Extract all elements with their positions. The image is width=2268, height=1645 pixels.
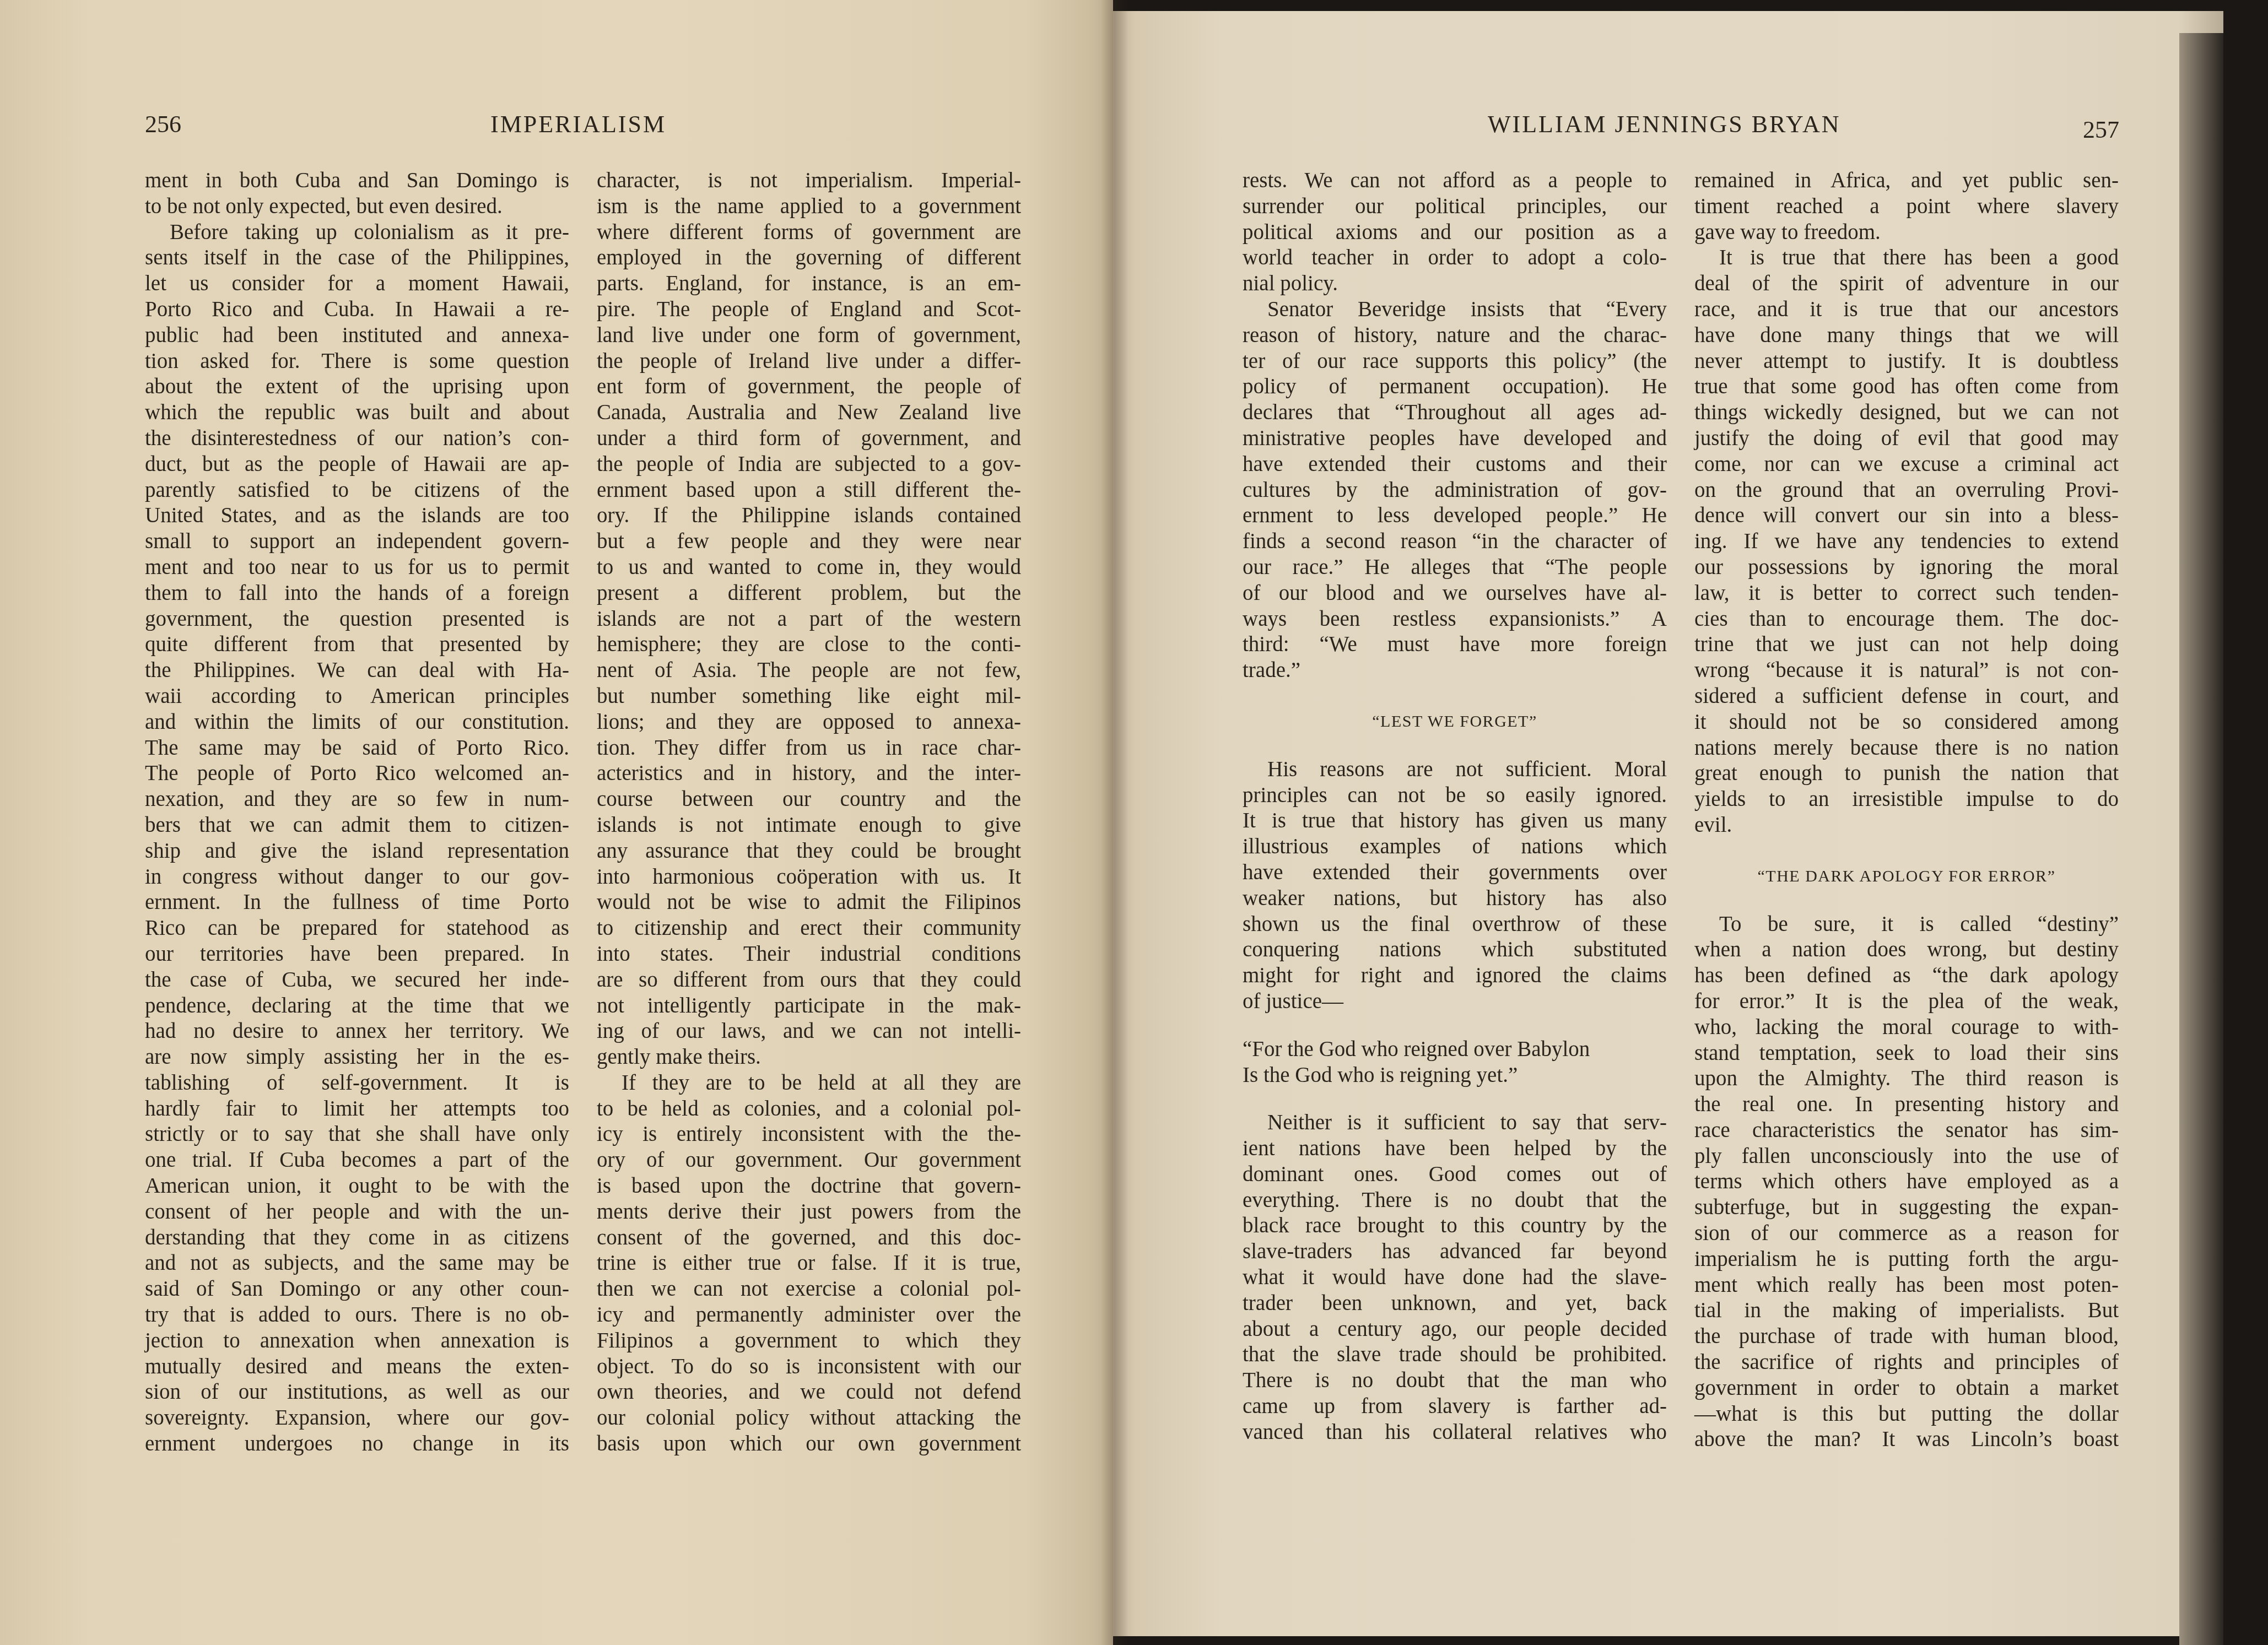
text-line: that the slave trade should be prohibite… — [1243, 1342, 1667, 1368]
text-line: policy of permanent occupation). He — [1243, 374, 1667, 400]
text-line: present a different problem, but the — [597, 581, 1021, 607]
text-line: true that some good has often come from — [1694, 374, 2119, 400]
text-line: Porto Rico and Cuba. In Hawaii a re- — [145, 297, 569, 323]
text-line: United States, and as the islands are to… — [145, 503, 569, 529]
text-line: world teacher in order to adopt a colo- — [1243, 245, 1667, 271]
text-line: our territories have been prepared. In — [145, 941, 569, 967]
text-line: for error.” It is the plea of the weak, — [1694, 989, 2119, 1015]
text-line: deal of the spirit of adventure in our — [1694, 271, 2119, 297]
text-line: into states. Their industrial conditions — [597, 941, 1021, 967]
text-line: government, the question presented is — [145, 607, 569, 632]
text-line: strictly or to say that she shall have o… — [145, 1122, 569, 1148]
text-line: when a nation does wrong, but destiny — [1694, 937, 2119, 963]
text-line: rests. We can not afford as a people to — [1243, 168, 1667, 194]
text-line: The people of Porto Rico welcomed an- — [145, 761, 569, 787]
text-line: dence will convert our sin into a bless- — [1694, 503, 2119, 529]
text-line: Rico can be prepared for statehood as — [145, 916, 569, 941]
text-line: is based upon the doctrine that govern- — [597, 1173, 1021, 1199]
text-line: our possessions by ignoring the moral — [1694, 555, 2119, 581]
text-line: would not be wise to admit the Filipinos — [597, 890, 1021, 916]
text-line: evil. — [1694, 813, 2119, 838]
text-line: Neither is it sufficient to say that ser… — [1243, 1110, 1667, 1136]
text-line: the disinterestedness of our nation’s co… — [145, 426, 569, 452]
text-line: acteristics and in history, and the inte… — [597, 761, 1021, 787]
text-line: trader been unknown, and yet, back — [1243, 1291, 1667, 1317]
text-line: terms which others have employed as a — [1694, 1169, 2119, 1195]
verse-line: Is the God who is reigning yet.” — [1243, 1063, 1667, 1089]
text-line: have extended their customs and their — [1243, 452, 1667, 478]
text-line: any assurance that they could be brought — [597, 838, 1021, 864]
text-line: slave-traders has advanced far beyond — [1243, 1239, 1667, 1265]
text-line: Before taking up colonialism as it pre- — [145, 220, 569, 246]
text-line: have done many things that we will — [1694, 323, 2119, 349]
text-line: political axioms and our position as a — [1243, 220, 1667, 246]
text-line: black race brought to this country by th… — [1243, 1213, 1667, 1239]
text-line: came up from slavery is farther ad- — [1243, 1394, 1667, 1420]
text-line: ministrative peoples have developed and — [1243, 426, 1667, 452]
text-line: tial in the making of imperialists. But — [1694, 1298, 2119, 1324]
text-line: the sacrifice of rights and principles o… — [1694, 1350, 2119, 1376]
text-line: parts. England, for instance, is an em- — [597, 271, 1021, 297]
text-line: ory of our government. Our government — [597, 1148, 1021, 1173]
text-line: government in order to obtain a market — [1694, 1376, 2119, 1402]
text-line: it should not be so considered among — [1694, 710, 2119, 735]
text-line: vanced than his collateral relatives who — [1243, 1420, 1667, 1446]
text-line: shown us the final overthrow of these — [1243, 912, 1667, 938]
text-line: cultures by the administration of gov- — [1243, 478, 1667, 504]
text-line: principles can not be so easily ignored. — [1243, 783, 1667, 809]
text-line: bers that we can admit them to citizen- — [145, 813, 569, 838]
text-line: reason of history, nature and the charac… — [1243, 323, 1667, 349]
text-line: quite different from that presented by — [145, 632, 569, 658]
text-line: try that is added to ours. There is no o… — [145, 1302, 569, 1328]
text-line: declares that “Throughout all ages ad- — [1243, 400, 1667, 426]
text-line: are so different from ours that they cou… — [597, 967, 1021, 993]
text-line: and not as subjects, and the same may be — [145, 1251, 569, 1276]
text-line: law, it is better to correct such tenden… — [1694, 581, 2119, 607]
text-line: timent reached a point where slavery — [1694, 194, 2119, 220]
text-line: sion of our commerce as a reason for — [1694, 1221, 2119, 1247]
text-line: our colonial policy without attacking th… — [597, 1405, 1021, 1431]
book-gutter — [1101, 0, 1128, 1645]
text-line: conquering nations which substituted — [1243, 937, 1667, 963]
text-line: ment and too near to us for us to permit — [145, 555, 569, 581]
text-line: islands is not intimate enough to give — [597, 813, 1021, 838]
text-line: to be not only expected, but even desire… — [145, 194, 569, 220]
text-line: imperialism he is putting forth the argu… — [1694, 1247, 2119, 1273]
verse-quote: “For the God who reigned over Babylon Is… — [1243, 1037, 1667, 1089]
text-line: who, lacking the moral courage to with- — [1694, 1015, 2119, 1041]
text-line: said of San Domingo or any other coun- — [145, 1276, 569, 1302]
text-line: ship and give the island representation — [145, 838, 569, 864]
page-stack-edge — [2179, 33, 2223, 1645]
text-line: illustrious examples of nations which — [1243, 834, 1667, 860]
right-page-column-2: remained in Africa, and yet public sen-t… — [1694, 168, 2119, 1453]
text-line: tablishing of self-government. It is — [145, 1070, 569, 1096]
text-line: gently make theirs. — [597, 1045, 1021, 1070]
text-line: There is no doubt that the man who — [1243, 1368, 1667, 1394]
text-line: race, and it is true that our ancestors — [1694, 297, 2119, 323]
text-line: what it would have done had the slave- — [1243, 1265, 1667, 1291]
text-line: small to support an independent govern- — [145, 529, 569, 555]
text-line: subterfuge, but in suggesting the expan- — [1694, 1195, 2119, 1221]
text-line: remained in Africa, and yet public sen- — [1694, 168, 2119, 194]
text-line: basis upon which our own government — [597, 1431, 1021, 1457]
left-page-column-1: ment in both Cuba and San Domingo isto b… — [145, 168, 569, 1457]
text-line: into harmonious coöperation with us. It — [597, 864, 1021, 890]
text-line: duct, but as the people of Hawaii are ap… — [145, 452, 569, 478]
text-line: upon the Almighty. The third reason is — [1694, 1066, 2119, 1092]
left-page-column-2: character, is not imperialism. Imperial-… — [597, 168, 1021, 1457]
text-line: consent of the governed, and this doc- — [597, 1225, 1021, 1251]
text-line: ing. If we have any tendencies to extend — [1694, 529, 2119, 555]
text-line: The same may be said of Porto Rico. — [145, 735, 569, 761]
text-line: lions; and they are opposed to annexa- — [597, 710, 1021, 735]
text-line: ment in both Cuba and San Domingo is — [145, 168, 569, 194]
text-line: icy is entirely inconsistent with the th… — [597, 1122, 1021, 1148]
text-line: one trial. If Cuba becomes a part of the — [145, 1148, 569, 1173]
text-line: under a third form of government, and — [597, 426, 1021, 452]
section-heading-dark-apology: “THE DARK APOLOGY FOR ERROR” — [1694, 864, 2119, 890]
text-line: land live under one form of government, — [597, 323, 1021, 349]
verse-line: “For the God who reigned over Babylon — [1243, 1037, 1667, 1063]
text-line: of justice— — [1243, 989, 1667, 1015]
text-line: everything. There is no doubt that the — [1243, 1188, 1667, 1214]
text-line: the Philippines. We can deal with Ha- — [145, 658, 569, 684]
right-page: WILLIAM JENNINGS BRYAN 257 rests. We can… — [1113, 11, 2223, 1636]
text-line: object. To do so is inconsistent with ou… — [597, 1354, 1021, 1380]
text-line: justify the doing of evil that good may — [1694, 426, 2119, 452]
text-line: nial policy. — [1243, 271, 1667, 297]
text-line: come, nor can we excuse a criminal act — [1694, 452, 2119, 478]
text-line: in congress without danger to our gov- — [145, 864, 569, 890]
text-line: own theories, and we could not defend — [597, 1379, 1021, 1405]
text-line: Senator Beveridge insists that “Every — [1243, 297, 1667, 323]
text-line: mutually desired and means the exten- — [145, 1354, 569, 1380]
text-line: American union, it ought to be with the — [145, 1173, 569, 1199]
text-line: ient nations have been helped by the — [1243, 1136, 1667, 1162]
text-line: trade.” — [1243, 658, 1667, 684]
text-line: and within the limits of our constitutio… — [145, 710, 569, 735]
text-line: our race.” He alleges that “The people — [1243, 555, 1667, 581]
text-line: trine is either true or false. If it is … — [597, 1251, 1021, 1276]
text-line: but number something like eight mil- — [597, 684, 1021, 710]
text-line: ply fallen unconsciously into the use of — [1694, 1144, 2119, 1170]
text-line: pire. The people of England and Scot- — [597, 297, 1021, 323]
text-line: about the extent of the uprising upon — [145, 374, 569, 400]
text-line: ments derive their just powers from the — [597, 1199, 1021, 1225]
text-line: If they are to be held at all they are — [597, 1070, 1021, 1096]
text-line: finds a second reason “in the character … — [1243, 529, 1667, 555]
text-line: which the republic was built and about — [145, 400, 569, 426]
text-line: trine that we just can not help doing — [1694, 632, 2119, 658]
text-line: ter of our race supports this policy” (t… — [1243, 349, 1667, 375]
text-line: course between our country and the — [597, 787, 1021, 813]
text-line: ernment. In the fullness of time Porto — [145, 890, 569, 916]
text-line: surrender our political principles, our — [1243, 194, 1667, 220]
text-line: might for right and ignored the claims — [1243, 963, 1667, 989]
text-line: weaker nations, but history has also — [1243, 886, 1667, 912]
text-line: race characteristics the senator has sim… — [1694, 1118, 2119, 1144]
text-line: sidered a sufficient defense in court, a… — [1694, 684, 2119, 710]
text-line: His reasons are not sufficient. Moral — [1243, 757, 1667, 783]
text-line: ism is the name applied to a government — [597, 194, 1021, 220]
text-line: to citizenship and erect their community — [597, 916, 1021, 941]
text-line: nent of Asia. The people are not few, — [597, 658, 1021, 684]
text-line: dominant ones. Good comes out of — [1243, 1162, 1667, 1188]
text-line: sents itself in the case of the Philippi… — [145, 245, 569, 271]
text-line: sion of our institutions, as well as our — [145, 1379, 569, 1405]
text-line: Canada, Australia and New Zealand live — [597, 400, 1021, 426]
text-line: islands are not a part of the western — [597, 607, 1021, 632]
text-line: pendence, declaring at the time that we — [145, 993, 569, 1019]
book-cover-edge — [1113, 0, 2268, 12]
text-line: waii according to American principles — [145, 684, 569, 710]
text-line: ways been restless expansionists.” A — [1243, 607, 1667, 632]
text-line: let us consider for a moment Hawaii, — [145, 271, 569, 297]
text-line: consent of her people and with the un- — [145, 1199, 569, 1225]
text-line: ernment based upon a still different the… — [597, 478, 1021, 504]
right-page-column-1: rests. We can not afford as a people tos… — [1243, 168, 1667, 1446]
text-line: the real one. In presenting history and — [1694, 1092, 2119, 1118]
text-line: wrong “because it is natural” is not con… — [1694, 658, 2119, 684]
text-line: on the ground that an overruling Provi- — [1694, 478, 2119, 504]
text-line: about a century ago, our people decided — [1243, 1317, 1667, 1343]
text-line: nexation, and they are so few in num- — [145, 787, 569, 813]
text-line: have extended their governments over — [1243, 860, 1667, 886]
text-line: where different forms of government are — [597, 220, 1021, 246]
text-line: To be sure, it is called “destiny” — [1694, 912, 2119, 938]
text-line: never attempt to justify. It is doubtles… — [1694, 349, 2119, 375]
left-page: 256 IMPERIALISM ment in both Cuba and Sa… — [0, 0, 1113, 1645]
text-line: character, is not imperialism. Imperial- — [597, 168, 1021, 194]
text-line: things wickedly designed, but we can not — [1694, 400, 2119, 426]
text-line: ory. If the Philippine islands contained — [597, 503, 1021, 529]
text-line: hemisphere; they are close to the conti- — [597, 632, 1021, 658]
text-line: cies than to encourage them. The doc- — [1694, 607, 2119, 632]
running-head-right: WILLIAM JENNINGS BRYAN — [1488, 110, 1840, 138]
text-line: the case of Cuba, we secured her inde- — [145, 967, 569, 993]
text-line: not intelligently participate in the mak… — [597, 993, 1021, 1019]
text-line: derstanding that they come in as citizen… — [145, 1225, 569, 1251]
text-line: then we can not exercise a colonial pol- — [597, 1276, 1021, 1302]
text-line: employed in the governing of different — [597, 245, 1021, 271]
text-line: ment which really has been most poten- — [1694, 1273, 2119, 1298]
text-line: yields to an irresistible impulse to do — [1694, 787, 2119, 813]
text-line: tion. They differ from us in race char- — [597, 735, 1021, 761]
text-line: icy and permanently administer over the — [597, 1302, 1021, 1328]
text-line: above the man? It was Lincoln’s boast — [1694, 1427, 2119, 1453]
text-line: the people of Ireland live under a diffe… — [597, 349, 1021, 375]
page-number-right: 257 — [2083, 116, 2119, 144]
text-line: ernment to less developed people.” He — [1243, 503, 1667, 529]
text-line: It is true that there has been a good — [1694, 245, 2119, 271]
text-line: It is true that history has given us man… — [1243, 808, 1667, 834]
text-line: are now simply assisting her in the es- — [145, 1045, 569, 1070]
text-line: Filipinos a government to which they — [597, 1328, 1021, 1354]
text-line: great enough to punish the nation that — [1694, 761, 2119, 787]
text-line: gave way to freedom. — [1694, 220, 2119, 246]
text-line: tion asked for. There is some question — [145, 349, 569, 375]
text-line: —what is this but putting the dollar — [1694, 1402, 2119, 1427]
text-line: them to fall into the hands of a foreign — [145, 581, 569, 607]
text-line: but a few people and they were near — [597, 529, 1021, 555]
text-line: stand temptation, seek to load their sin… — [1694, 1041, 2119, 1067]
text-line: has been defined as “the dark apology — [1694, 963, 2119, 989]
section-heading-lest-we-forget: “LEST WE FORGET” — [1243, 709, 1667, 735]
text-line: sovereignty. Expansion, where our gov- — [145, 1405, 569, 1431]
text-line: to us and wanted to come in, they would — [597, 555, 1021, 581]
text-line: ernment undergoes no change in its — [145, 1431, 569, 1457]
text-line: ing of our laws, and we can not intelli- — [597, 1019, 1021, 1045]
running-head-left: IMPERIALISM — [490, 110, 666, 138]
text-line: the people of India are subjected to a g… — [597, 452, 1021, 478]
text-line: jection to annexation when annexation is — [145, 1328, 569, 1354]
page-number-left: 256 — [145, 110, 181, 138]
text-line: third: “We must have more foreign — [1243, 632, 1667, 658]
text-line: parently satisfied to be citizens of the — [145, 478, 569, 504]
text-line: had no desire to annex her territory. We — [145, 1019, 569, 1045]
text-line: to be held as colonies, and a colonial p… — [597, 1096, 1021, 1122]
text-line: nations merely because there is no natio… — [1694, 735, 2119, 761]
text-line: public had been instituted and annexa- — [145, 323, 569, 349]
text-line: the purchase of trade with human blood, — [1694, 1324, 2119, 1350]
text-line: hardly fair to limit her attempts too — [145, 1096, 569, 1122]
text-line: of our blood and we ourselves have al- — [1243, 581, 1667, 607]
text-line: ent form of government, the people of — [597, 374, 1021, 400]
